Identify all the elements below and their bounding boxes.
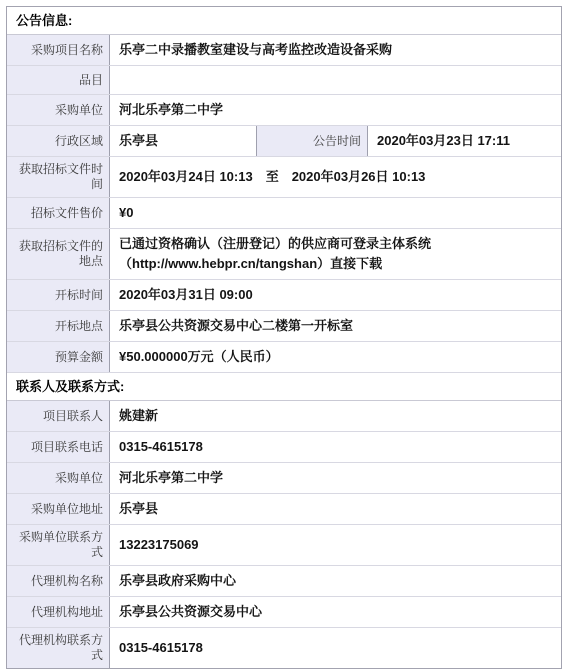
row-value: 13223175069 (110, 525, 561, 565)
row-value: 乐亭县 (110, 126, 256, 156)
table-row: 项目联系人姚建新 (7, 401, 561, 432)
table-row: 代理机构地址乐亭县公共资源交易中心 (7, 597, 561, 628)
table-row: 开标地点乐亭县公共资源交易中心二楼第一开标室 (7, 311, 561, 342)
row-value: ¥50.000000万元（人民币） (110, 342, 561, 372)
row-label: 招标文件售价 (7, 198, 110, 228)
row-value: 乐亭县政府采购中心 (110, 566, 561, 596)
row-label: 采购单位 (7, 95, 110, 125)
table-row: 项目联系电话0315-4615178 (7, 432, 561, 463)
section-header: 联系人及联系方式: (7, 373, 561, 401)
row-value: 乐亭县公共资源交易中心二楼第一开标室 (110, 311, 561, 341)
row-value: 0315-4615178 (110, 628, 561, 668)
row-label: 品目 (7, 66, 110, 94)
row-value: 河北乐亭第二中学 (110, 463, 561, 493)
table-row: 获取招标文件的地点已通过资格确认（注册登记）的供应商可登录主体系统 （http:… (7, 229, 561, 280)
row-label: 公告时间 (256, 126, 368, 156)
table-row: 招标文件售价¥0 (7, 198, 561, 229)
table-row: 采购单位地址乐亭县 (7, 494, 561, 525)
table-row: 采购单位河北乐亭第二中学 (7, 463, 561, 494)
row-label: 采购单位联系方式 (7, 525, 110, 565)
section-header: 公告信息: (7, 7, 561, 35)
row-label: 获取招标文件时间 (7, 157, 110, 197)
table-row: 代理机构名称乐亭县政府采购中心 (7, 566, 561, 597)
row-label: 行政区域 (7, 126, 110, 156)
row-value: 2020年03月24日 10:13 至 2020年03月26日 10:13 (110, 157, 561, 197)
table-row: 开标时间2020年03月31日 09:00 (7, 280, 561, 311)
row-value: 0315-4615178 (110, 432, 561, 462)
table-row: 行政区域乐亭县公告时间2020年03月23日 17:11 (7, 126, 561, 157)
table-row: 采购项目名称乐亭二中录播教室建设与高考监控改造设备采购 (7, 35, 561, 66)
row-label: 代理机构地址 (7, 597, 110, 627)
row-label: 开标地点 (7, 311, 110, 341)
row-label: 开标时间 (7, 280, 110, 310)
row-label: 项目联系人 (7, 401, 110, 431)
table-row: 品目 (7, 66, 561, 95)
row-label: 采购单位地址 (7, 494, 110, 524)
row-value (110, 66, 561, 94)
row-label: 代理机构名称 (7, 566, 110, 596)
row-label: 采购单位 (7, 463, 110, 493)
procurement-announcement-page: 公告信息:采购项目名称乐亭二中录播教室建设与高考监控改造设备采购品目采购单位河北… (0, 0, 568, 614)
table-row: 代理机构联系方式0315-4615178 (7, 628, 561, 668)
row-value: 乐亭县公共资源交易中心 (110, 597, 561, 627)
row-label: 项目联系电话 (7, 432, 110, 462)
row-label: 采购项目名称 (7, 35, 110, 65)
row-value: ¥0 (110, 198, 561, 228)
table-row: 采购单位联系方式13223175069 (7, 525, 561, 566)
announcement-table: 公告信息:采购项目名称乐亭二中录播教室建设与高考监控改造设备采购品目采购单位河北… (6, 6, 562, 669)
row-value: 2020年03月23日 17:11 (368, 126, 561, 156)
row-value: 已通过资格确认（注册登记）的供应商可登录主体系统 （http://www.heb… (110, 229, 561, 279)
table-row: 获取招标文件时间2020年03月24日 10:13 至 2020年03月26日 … (7, 157, 561, 198)
row-value: 2020年03月31日 09:00 (110, 280, 561, 310)
row-value: 河北乐亭第二中学 (110, 95, 561, 125)
row-label: 获取招标文件的地点 (7, 229, 110, 279)
row-label: 代理机构联系方式 (7, 628, 110, 668)
row-value: 乐亭二中录播教室建设与高考监控改造设备采购 (110, 35, 561, 65)
table-row: 预算金额¥50.000000万元（人民币） (7, 342, 561, 373)
row-value: 乐亭县 (110, 494, 561, 524)
table-row: 采购单位河北乐亭第二中学 (7, 95, 561, 126)
row-label: 预算金额 (7, 342, 110, 372)
row-value: 姚建新 (110, 401, 561, 431)
